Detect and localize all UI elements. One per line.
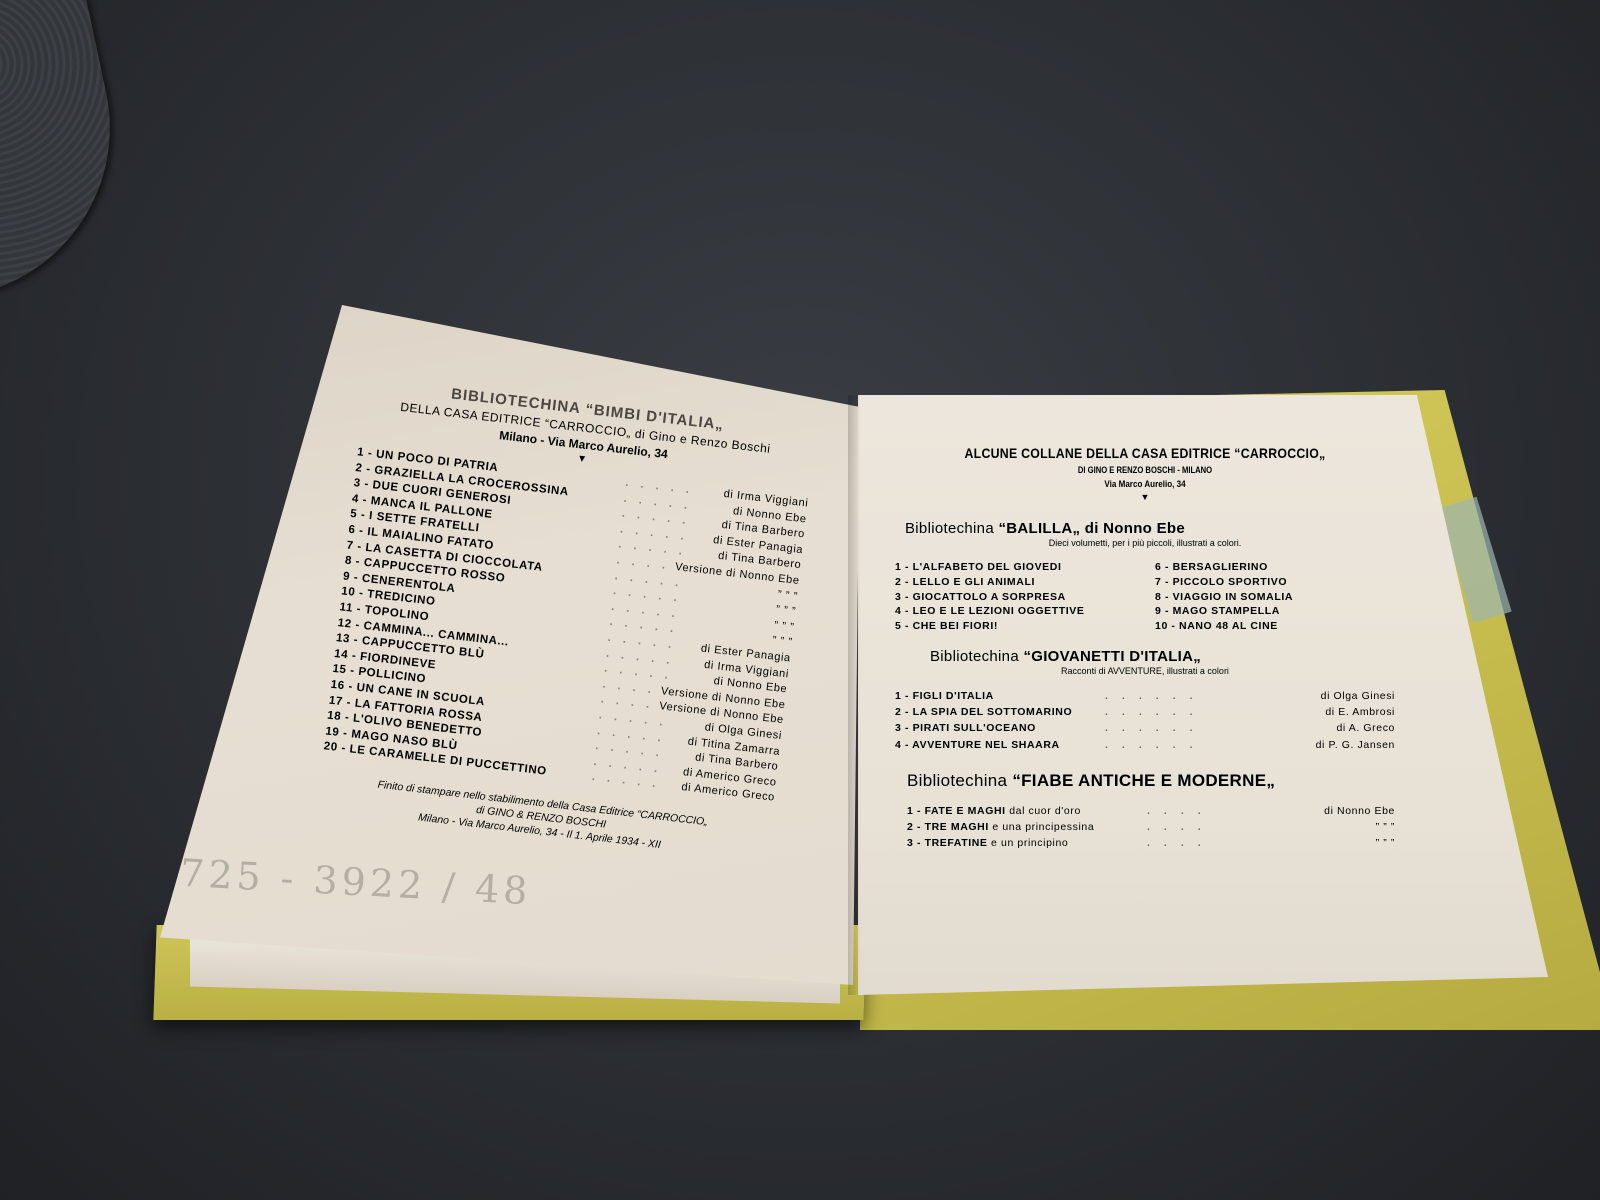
list-item: 8 - VIAGGIO IN SOMALIA bbox=[1155, 590, 1375, 605]
collection-title-fiabe: Bibliotechina “FIABE ANTICHE E MODERNE„ bbox=[907, 771, 1395, 791]
list-item: 6 - BERSAGLIERINO bbox=[1155, 560, 1375, 575]
list-item: 3 - GIOCATTOLO A SORPRESA bbox=[895, 590, 1155, 605]
list-item: 2 - TRE MAGHI e una principessina....” ”… bbox=[907, 819, 1395, 835]
collection-title-balilla: Bibliotechina “BALILLA„ di Nonno Ebe bbox=[905, 520, 1395, 537]
left-page-text: BIBLIOTECHINA “BIMBI D'ITALIA„ DELLA CAS… bbox=[310, 375, 817, 864]
list-item: 9 - MAGO STAMPELLA bbox=[1155, 604, 1375, 619]
right-page-subtitle: DI GINO E RENZO BOSCHI - MILANO bbox=[933, 465, 1358, 475]
open-book: BIBLIOTECHINA “BIMBI D'ITALIA„ DELLA CAS… bbox=[0, 0, 1600, 1200]
list-item: 4 - LEO E LE LEZIONI OGGETTIVE bbox=[895, 604, 1155, 619]
collection-description: Dieci volumetti, per i più piccoli, illu… bbox=[895, 538, 1395, 548]
list-item: 4 - AVVENTURE NEL SHAARA......di P. G. J… bbox=[895, 737, 1395, 753]
giovanetti-book-list: 1 - FIGLI D'ITALIA......di Olga Ginesi 2… bbox=[895, 688, 1395, 753]
list-item: 1 - FIGLI D'ITALIA......di Olga Ginesi bbox=[895, 688, 1395, 704]
list-item: 3 - TREFATINE e un principino....” ” ” bbox=[907, 835, 1395, 851]
right-page-address: Via Marco Aurelio, 34 bbox=[933, 479, 1358, 490]
book-list: 1 - UN POCO DI PATRIA.......di Irma Vigg… bbox=[323, 445, 809, 806]
list-item: 2 - LELLO E GLI ANIMALI bbox=[895, 575, 1155, 590]
triangle-marker-icon: ▼ bbox=[895, 492, 1395, 502]
collection-title-giovanetti: Bibliotechina “GIOVANETTI D'ITALIA„ bbox=[930, 648, 1395, 665]
list-item: 3 - PIRATI SULL'OCEANO......di A. Greco bbox=[895, 720, 1395, 736]
list-item: 10 - NANO 48 AL CINE bbox=[1155, 619, 1375, 634]
right-page-text: ALCUNE COLLANE DELLA CASA EDITRICE “CARR… bbox=[895, 445, 1395, 851]
right-page-title: ALCUNE COLLANE DELLA CASA EDITRICE “CARR… bbox=[925, 445, 1365, 461]
list-item: 1 - L'ALFABETO DEL GIOVEDI bbox=[895, 560, 1155, 575]
fiabe-book-list: 1 - FATE E MAGHI dal cuor d'oro....di No… bbox=[907, 803, 1395, 852]
book-gutter bbox=[848, 395, 866, 995]
list-item: 7 - PICCOLO SPORTIVO bbox=[1155, 575, 1375, 590]
list-item: 1 - FATE E MAGHI dal cuor d'oro....di No… bbox=[907, 803, 1395, 819]
collection-description: Racconti di AVVENTURE, illustrati a colo… bbox=[895, 666, 1395, 676]
list-item: 2 - LA SPIA DEL SOTTOMARINO......di E. A… bbox=[895, 704, 1395, 720]
list-item: 5 - CHE BEI FIORI! bbox=[895, 619, 1155, 634]
balilla-book-list: 1 - L'ALFABETO DEL GIOVEDI 6 - BERSAGLIE… bbox=[895, 560, 1395, 634]
